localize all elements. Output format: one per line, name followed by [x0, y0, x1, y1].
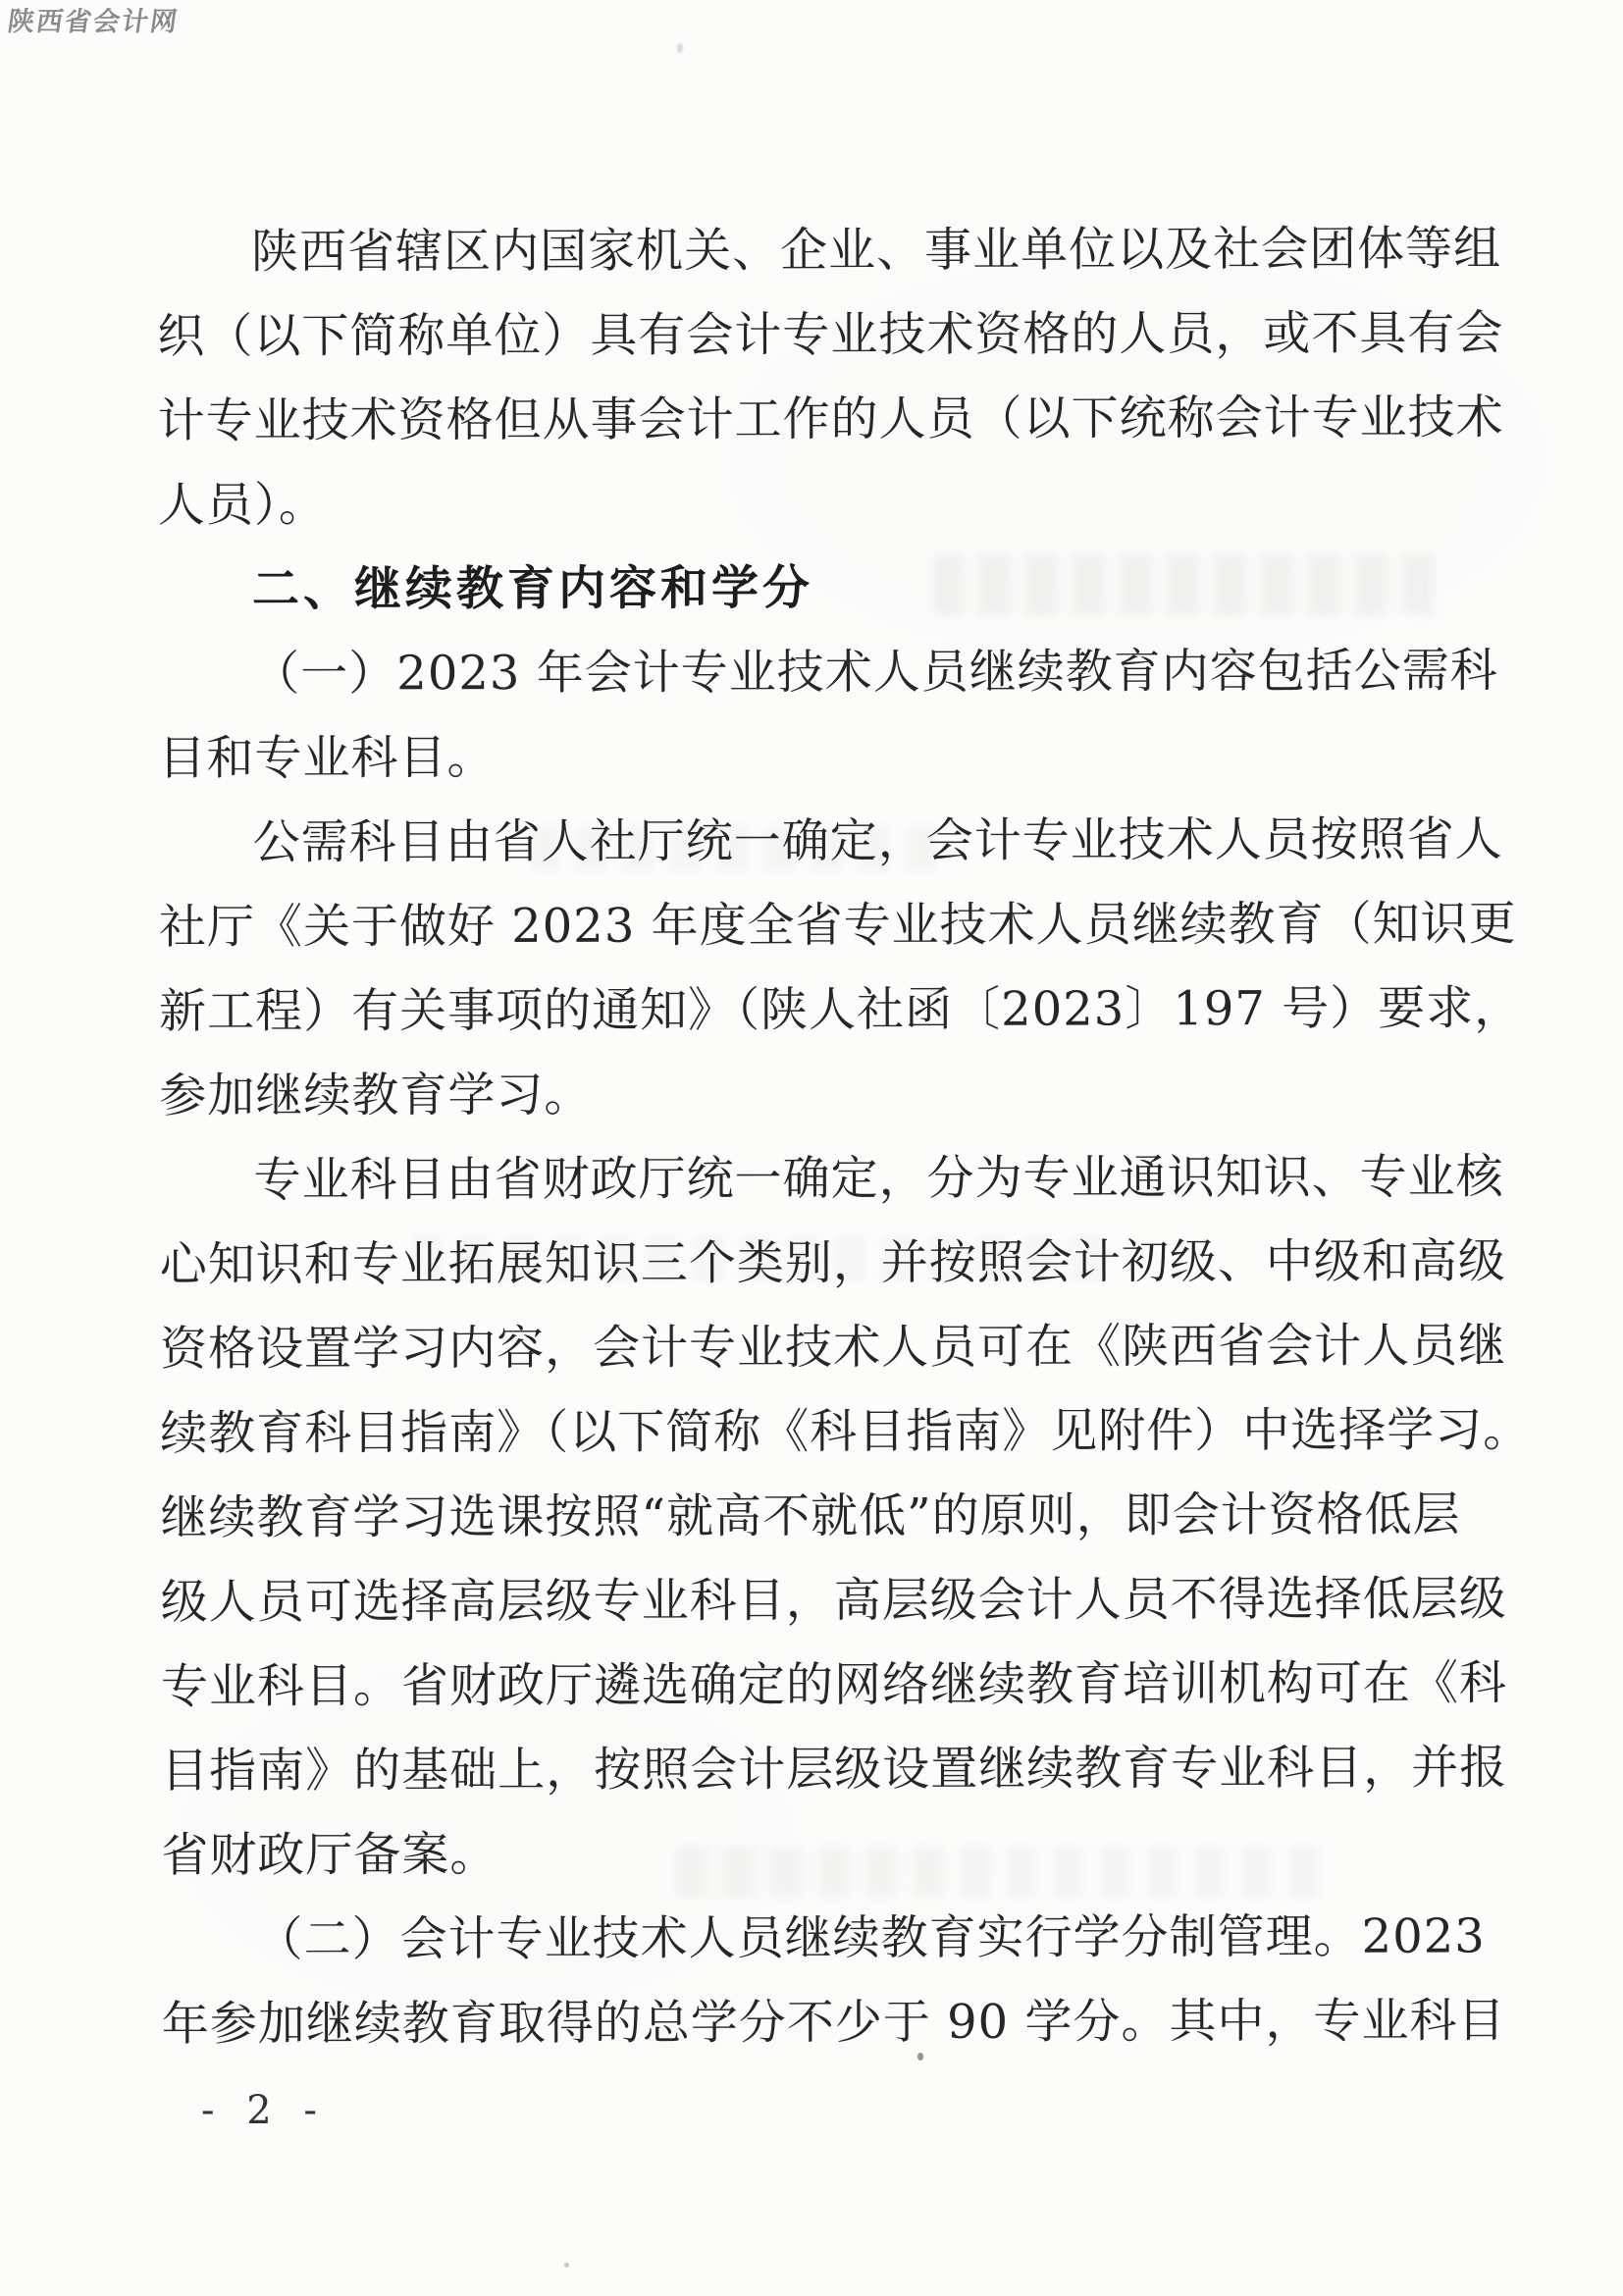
text-line: 目指南》的基础上，按照会计层级设置继续教育专业科目，并报: [161, 1725, 1495, 1813]
text-line: （二）会计专业技术人员继续教育实行学分制管理。2023: [162, 1894, 1496, 1982]
text-line: 续教育科目指南》（以下简称《科目指南》见附件）中选择学习。: [160, 1387, 1494, 1476]
scan-speck: [564, 2263, 569, 2268]
text-line: 省财政厅备案。: [161, 1809, 1495, 1898]
text-line: 专业科目。省财政厅遴选确定的网络继续教育培训机构可在《科: [161, 1641, 1495, 1729]
text-line: 资格设置学习内容，会计专业技术人员可在《陕西省会计人员继: [160, 1303, 1494, 1391]
text-line: 人员）。: [158, 459, 1492, 548]
text-line: 社厅《关于做好 2023 年度全省专业技术人员继续教育（知识更: [159, 881, 1493, 969]
text-line: 心知识和专业拓展知识三个类别，并按照会计初级、中级和高级: [160, 1219, 1494, 1307]
text-line: 级人员可选择高层级专业科目，高层级会计人员不得选择低层级: [161, 1556, 1495, 1644]
text-line: 年参加继续教育取得的总学分不少于 90 学分。其中，专业科目: [162, 1978, 1496, 2066]
text-line: （一）2023 年会计专业技术人员继续教育内容包括公需科: [158, 628, 1492, 716]
text-line: 计专业技术资格但从事会计工作的人员（以下统称会计专业技术: [157, 375, 1492, 463]
text-line: 织（以下简称单位）具有会计专业技术资格的人员，或不具有会: [157, 290, 1492, 379]
document-body: 陕西省辖区内国家机关、企业、事业单位以及社会团体等组织（以下简称单位）具有会计专…: [157, 206, 1496, 2066]
text-line: 专业科目由省财政厅统一确定，分为专业通识知识、专业核: [159, 1134, 1493, 1223]
text-line: 参加继续教育学习。: [159, 1050, 1493, 1138]
scanned-document-page: 陕西省会计网 陕西省辖区内国家机关、企业、事业单位以及社会团体等组织（以下简称单…: [0, 0, 1623, 2296]
scan-speck: [677, 43, 683, 53]
text-line: 目和专业科目。: [158, 712, 1492, 801]
text-line: 二、继续教育内容和学分: [158, 544, 1492, 632]
text-line: 陕西省辖区内国家机关、企业、事业单位以及社会团体等组: [157, 206, 1492, 294]
text-line: 继续教育学习选课按照“就高不就低”的原则，即会计资格低层: [160, 1472, 1494, 1560]
site-watermark: 陕西省会计网: [6, 8, 181, 37]
text-line: 公需科目由省人社厅统一确定，会计专业技术人员按照省人: [159, 797, 1493, 885]
text-line: 新工程）有关事项的通知》（陕人社函〔2023〕197 号）要求，: [159, 965, 1493, 1054]
page-number: - 2 -: [201, 2088, 327, 2133]
